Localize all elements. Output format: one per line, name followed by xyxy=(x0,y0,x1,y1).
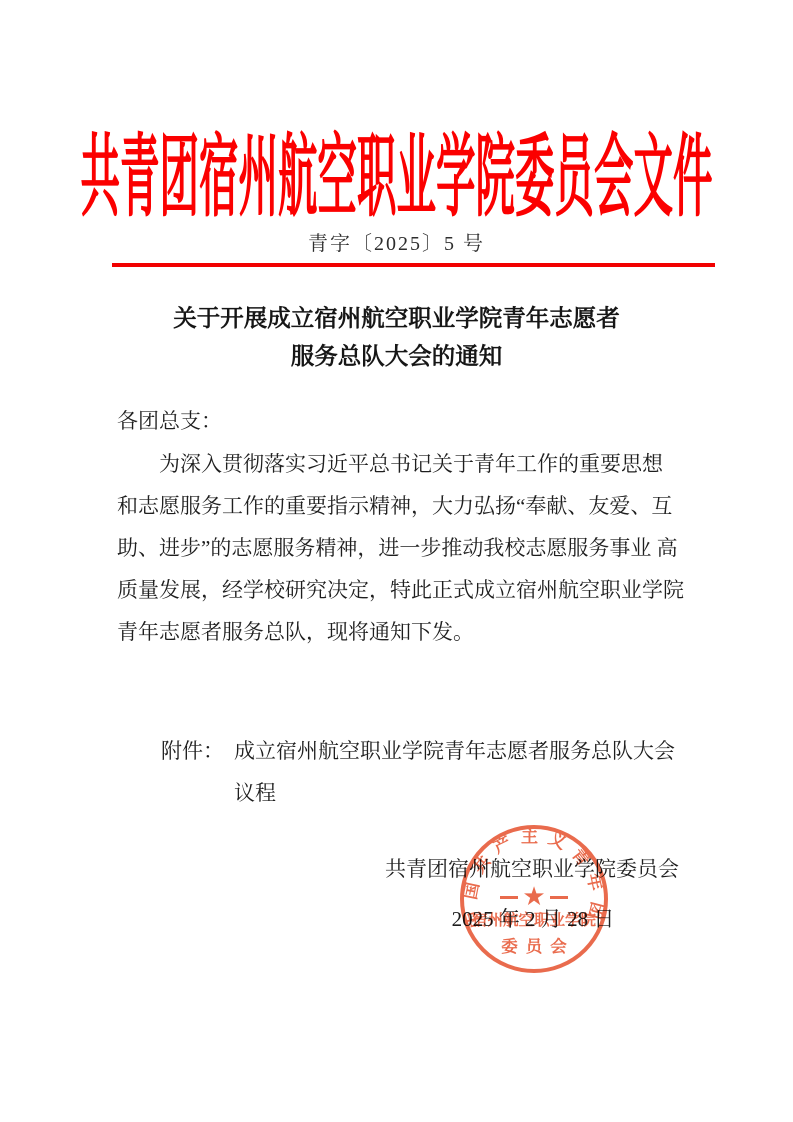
attachment-text: 成立宿州航空职业学院青年志愿者服务总队大会议程 xyxy=(234,730,676,814)
document-page: 共青团宿州航空职业学院委员会文件 青字〔2025〕5 号 关于开展成立宿州航空职… xyxy=(0,0,793,1122)
seal-org-text: 宿州航空职业学院 xyxy=(460,908,608,930)
body-paragraph: 为深入贯彻落实习近平总书记关于青年工作的重要思想 和志愿服务工作的重要指示精神，… xyxy=(117,443,692,653)
seal-bar-right xyxy=(550,896,568,899)
star-icon: ★ xyxy=(522,884,545,910)
seal-emblem: ★ xyxy=(460,883,608,911)
seal-committee-text: 委员会 xyxy=(460,933,608,957)
body-line: 和志愿服务工作的重要指示精神，大力弘扬“奉献、友爱、互 xyxy=(117,485,692,527)
body-line: 助、进步”的志愿服务精神，进一步推动我校志愿服务事业 高 xyxy=(117,527,692,569)
letterhead-title-text: 共青团宿州航空职业学院委员会文件 xyxy=(81,107,713,235)
document-title: 关于开展成立宿州航空职业学院青年志愿者 服务总队大会的通知 xyxy=(0,300,793,376)
salutation: 各团总支： xyxy=(117,400,222,442)
body-line: 青年志愿者服务总队，现将通知下发。 xyxy=(117,611,692,653)
document-title-line2: 服务总队大会的通知 xyxy=(0,338,793,376)
body-line: 为深入贯彻落实习近平总书记关于青年工作的重要思想 xyxy=(117,443,692,485)
letterhead-title: 共青团宿州航空职业学院委员会文件 xyxy=(0,107,793,163)
document-title-line1: 关于开展成立宿州航空职业学院青年志愿者 xyxy=(0,300,793,338)
official-seal: 中国共产主义青年团 ★ 宿州航空职业学院 委员会 xyxy=(460,825,608,973)
attachment-label: 附件： xyxy=(161,730,224,772)
body-line: 质量发展，经学校研究决定，特此正式成立宿州航空职业学院 xyxy=(117,569,692,611)
seal-bar-left xyxy=(500,896,518,899)
red-divider-line xyxy=(112,263,715,267)
document-number: 青字〔2025〕5 号 xyxy=(0,227,793,256)
